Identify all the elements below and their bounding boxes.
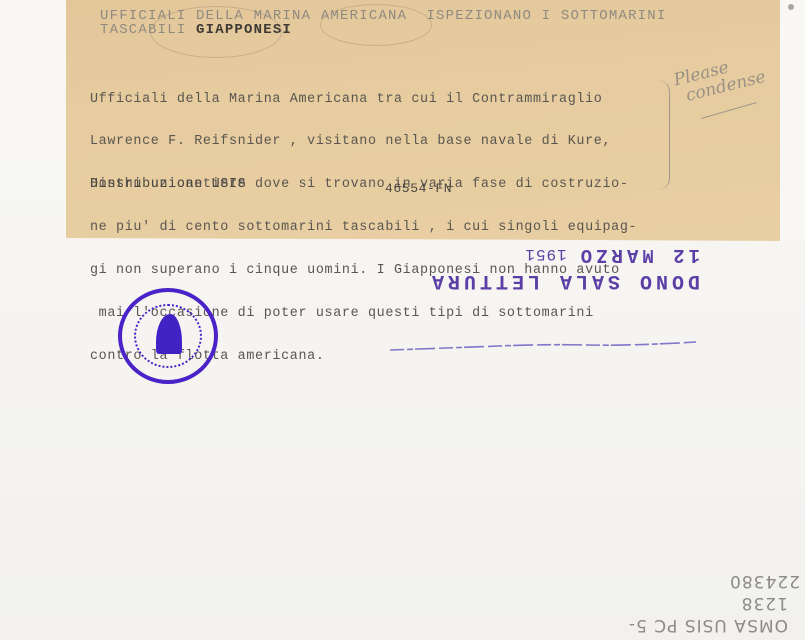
stamp-date-year: 1951 — [524, 245, 566, 263]
archive-pencil-mark: OMSA USIS PC 5-1238 224380 — [590, 580, 800, 636]
pencil-brace — [655, 80, 670, 190]
stamp-date-line: 12 MARZO1951 — [524, 244, 700, 266]
library-date-stamp: DONO SALA LETTURA 12 MARZO1951 — [410, 242, 700, 292]
corner-stain — [788, 4, 794, 10]
caption-line: Lawrence F. Reifsnider , visitano nella … — [90, 135, 637, 149]
headline-bold-text: GIAPPONESI — [196, 22, 292, 38]
caption-line: ne piu' di cento sottomarini tascabili ,… — [90, 221, 637, 235]
reference-number: 46554-FN — [385, 181, 452, 196]
photo-margin-strip — [780, 0, 805, 240]
caption-line: Ufficiali della Marina Americana tra cui… — [90, 93, 637, 107]
distribution-credit: Distribuzione USIS — [90, 177, 246, 192]
caption-headline-line-2: TASCABILI GIAPPONESI — [100, 22, 292, 38]
archive-code: OMSA USIS PC 5-1238 — [590, 592, 788, 636]
round-ink-seal — [118, 288, 218, 384]
stamp-donor-line: DONO SALA LETTURA — [428, 269, 700, 292]
ink-signature-stroke — [388, 340, 698, 352]
headline-faint-text: TASCABILI — [100, 22, 196, 38]
stamp-date-day-month: 12 MARZO — [577, 244, 700, 266]
archive-number: 224380 — [590, 570, 800, 592]
